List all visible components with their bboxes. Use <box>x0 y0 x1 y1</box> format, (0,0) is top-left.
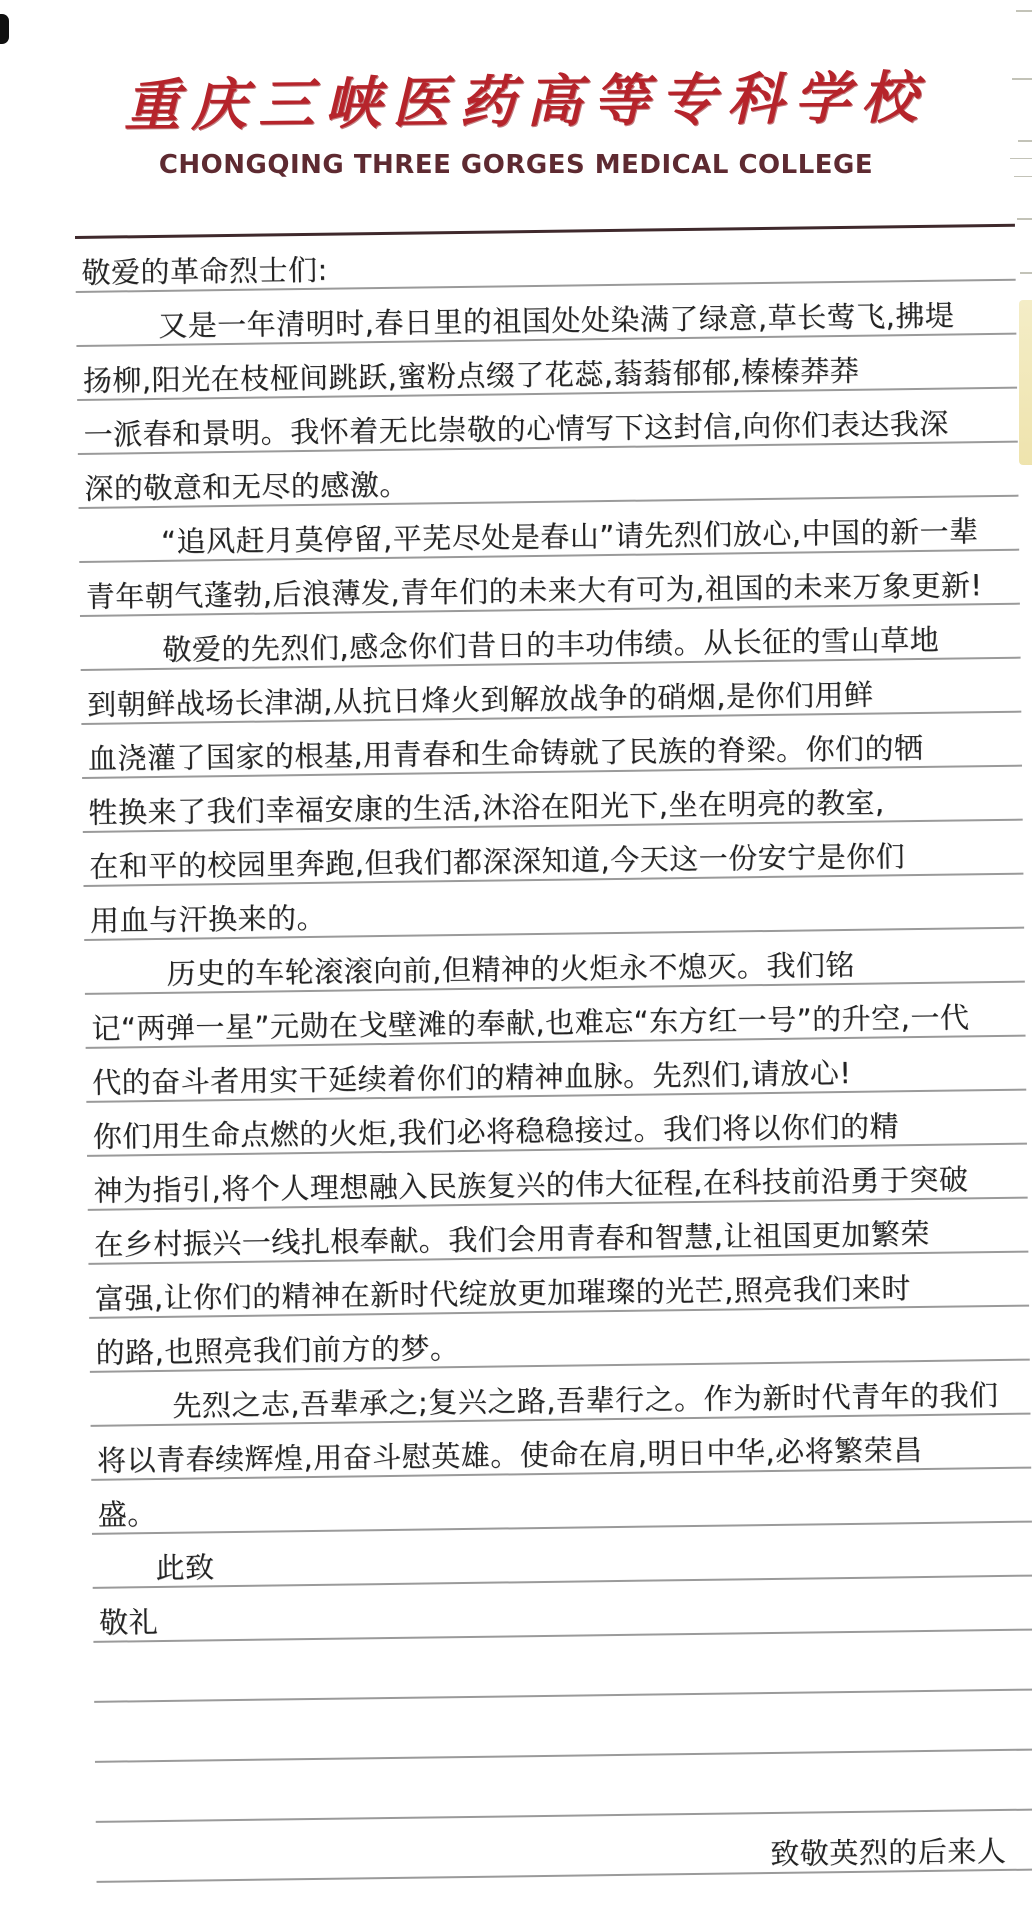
handwritten-text: 牲换来了我们幸福安康的生活,沐浴在阳光下,坐在明亮的教室, <box>88 788 884 827</box>
letter-body: 敬爱的革命烈士们:又是一年清明时,春日里的祖国处处染满了绿意,草长莺飞,拂堤扬柳… <box>75 224 1032 1883</box>
handwritten-text: 血浇灌了国家的根基,用青春和生命铸就了民族的脊梁。你们的牺 <box>88 734 924 774</box>
handwritten-text: 又是一年清明时,春日里的祖国处处染满了绿意,草长莺飞,拂堤 <box>158 301 954 340</box>
handwritten-text: 敬礼 <box>99 1608 158 1638</box>
handwritten-text: 致敬英烈的后来人 <box>770 1837 1006 1869</box>
paper-edge-artifact <box>1020 272 1032 274</box>
handwritten-text: 记“两弹一星”元勋在戈壁滩的奉献,也难忘“东方红一号”的升空,一代 <box>91 1003 969 1043</box>
handwritten-text: 在乡村振兴一线扎根奉献。我们会用青春和智慧,让祖国更加繁荣 <box>94 1220 930 1260</box>
school-name-english: CHONGQING THREE GORGES MEDICAL COLLEGE <box>0 150 1032 180</box>
handwritten-text: 先烈之志,吾辈承之;复兴之路,吾辈行之。作为新时代青年的我们 <box>172 1381 999 1421</box>
handwritten-text: 用血与汗换来的。 <box>90 904 326 936</box>
handwritten-text: 到朝鲜战场长津湖,从抗日烽火到解放战争的硝烟,是你们用鲜 <box>87 681 874 720</box>
handwritten-text: 一派春和景明。我怀着无比崇敬的心情写下这封信,向你们表达我深 <box>83 410 949 450</box>
handwritten-text: 此致 <box>155 1553 214 1583</box>
handwritten-text: 你们用生命点燃的火炬,我们必将稳稳接过。我们将以你们的精 <box>93 1112 900 1152</box>
school-name-calligraphy: 重庆三峡医药高等专科学校 <box>120 54 933 142</box>
handwritten-text: 扬柳,阳光在枝桠间跳跃,蜜粉点缀了花蕊,蓊蓊郁郁,榛榛莽莽 <box>83 357 860 396</box>
handwritten-text: “追风赶月莫停留,平芜尽处是春山”请先烈们放心,中国的新一辈 <box>161 517 979 557</box>
paper-edge-artifact <box>1016 10 1032 12</box>
handwritten-text: 神为指引,将个人理想融入民族复兴的伟大征程,在科技前沿勇于突破 <box>93 1165 968 1205</box>
handwritten-text: 代的奋斗者用实干延续着你们的精神血脉。先烈们,请放心! <box>92 1059 852 1098</box>
paper-edge-artifact <box>1018 140 1032 142</box>
handwritten-text: 敬爱的革命烈士们: <box>81 256 328 288</box>
handwritten-text: 敬爱的先烈们,感念你们昔日的丰功伟绩。从长征的雪山草地 <box>162 626 939 665</box>
handwritten-text: 青年朝气蓬勃,后浪薄发,青年们的未来大有可为,祖国的未来万象更新! <box>86 571 983 612</box>
handwritten-text: 在和平的校园里奔跑,但我们都深深知道,今天这一份安宁是你们 <box>89 842 905 882</box>
paper-edge-artifact <box>1019 300 1032 465</box>
photo-corner-artifact <box>0 14 9 44</box>
paper-edge-artifact <box>1017 218 1032 220</box>
handwritten-text: 深的敬意和无尽的感激。 <box>84 471 409 504</box>
paper-edge-artifact <box>1012 78 1032 80</box>
handwritten-text: 盛。 <box>98 1500 157 1530</box>
handwritten-text: 富强,让你们的精神在新时代绽放更加璀璨的光芒,照亮我们来时 <box>95 1274 911 1314</box>
handwritten-text: 将以青春续辉煌,用奋斗慰英雄。使命在肩,明日中华,必将繁荣昌 <box>97 1436 923 1476</box>
handwritten-text: 历史的车轮滚滚向前,但精神的火炬永不熄灭。我们铭 <box>166 951 855 989</box>
letter-photo: 重庆三峡医药高等专科学校 CHONGQING THREE GORGES MEDI… <box>0 0 1032 1911</box>
signature: 致敬英烈的后来人 <box>96 1811 1032 1883</box>
handwritten-text: 的路,也照亮我们前方的梦。 <box>95 1334 459 1368</box>
